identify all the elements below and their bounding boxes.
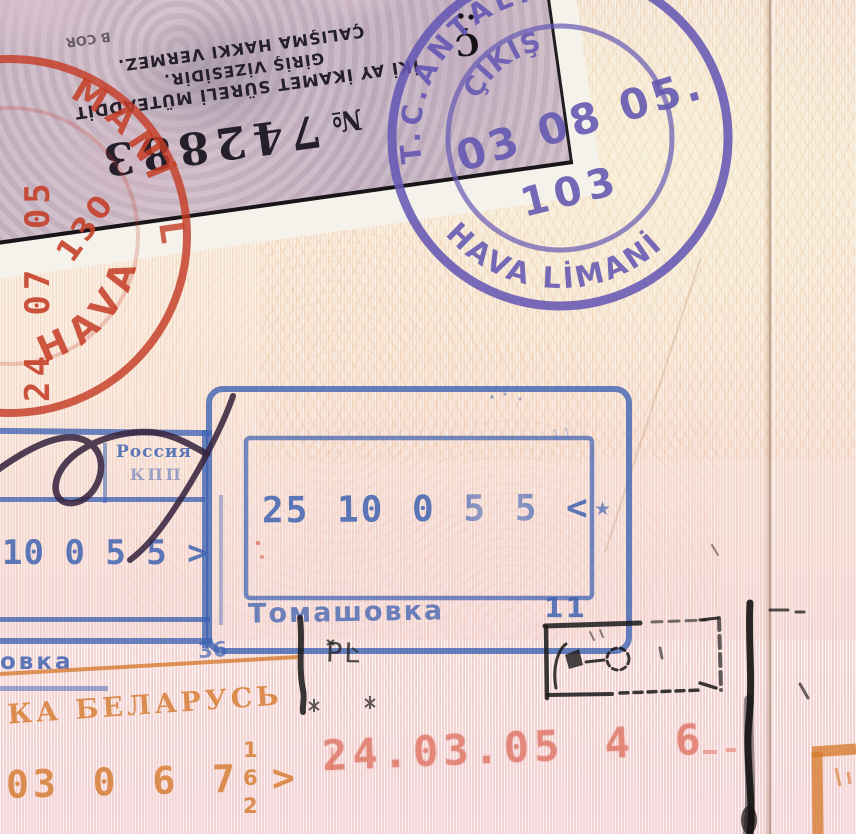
misc-specks	[256, 13, 736, 770]
passport-page-photo: №742883 İKİ AY İKAMET SÜRELİ MÜTEADDİT G…	[0, 0, 856, 834]
black-ink-streak	[712, 545, 808, 834]
handwritten-signature	[0, 396, 233, 560]
black-streak-and-sparkles	[300, 618, 375, 712]
orange-stamp-frame-fragments	[0, 657, 856, 834]
ink-marks-overlay	[0, 0, 856, 834]
black-partial-stamp	[545, 618, 721, 698]
